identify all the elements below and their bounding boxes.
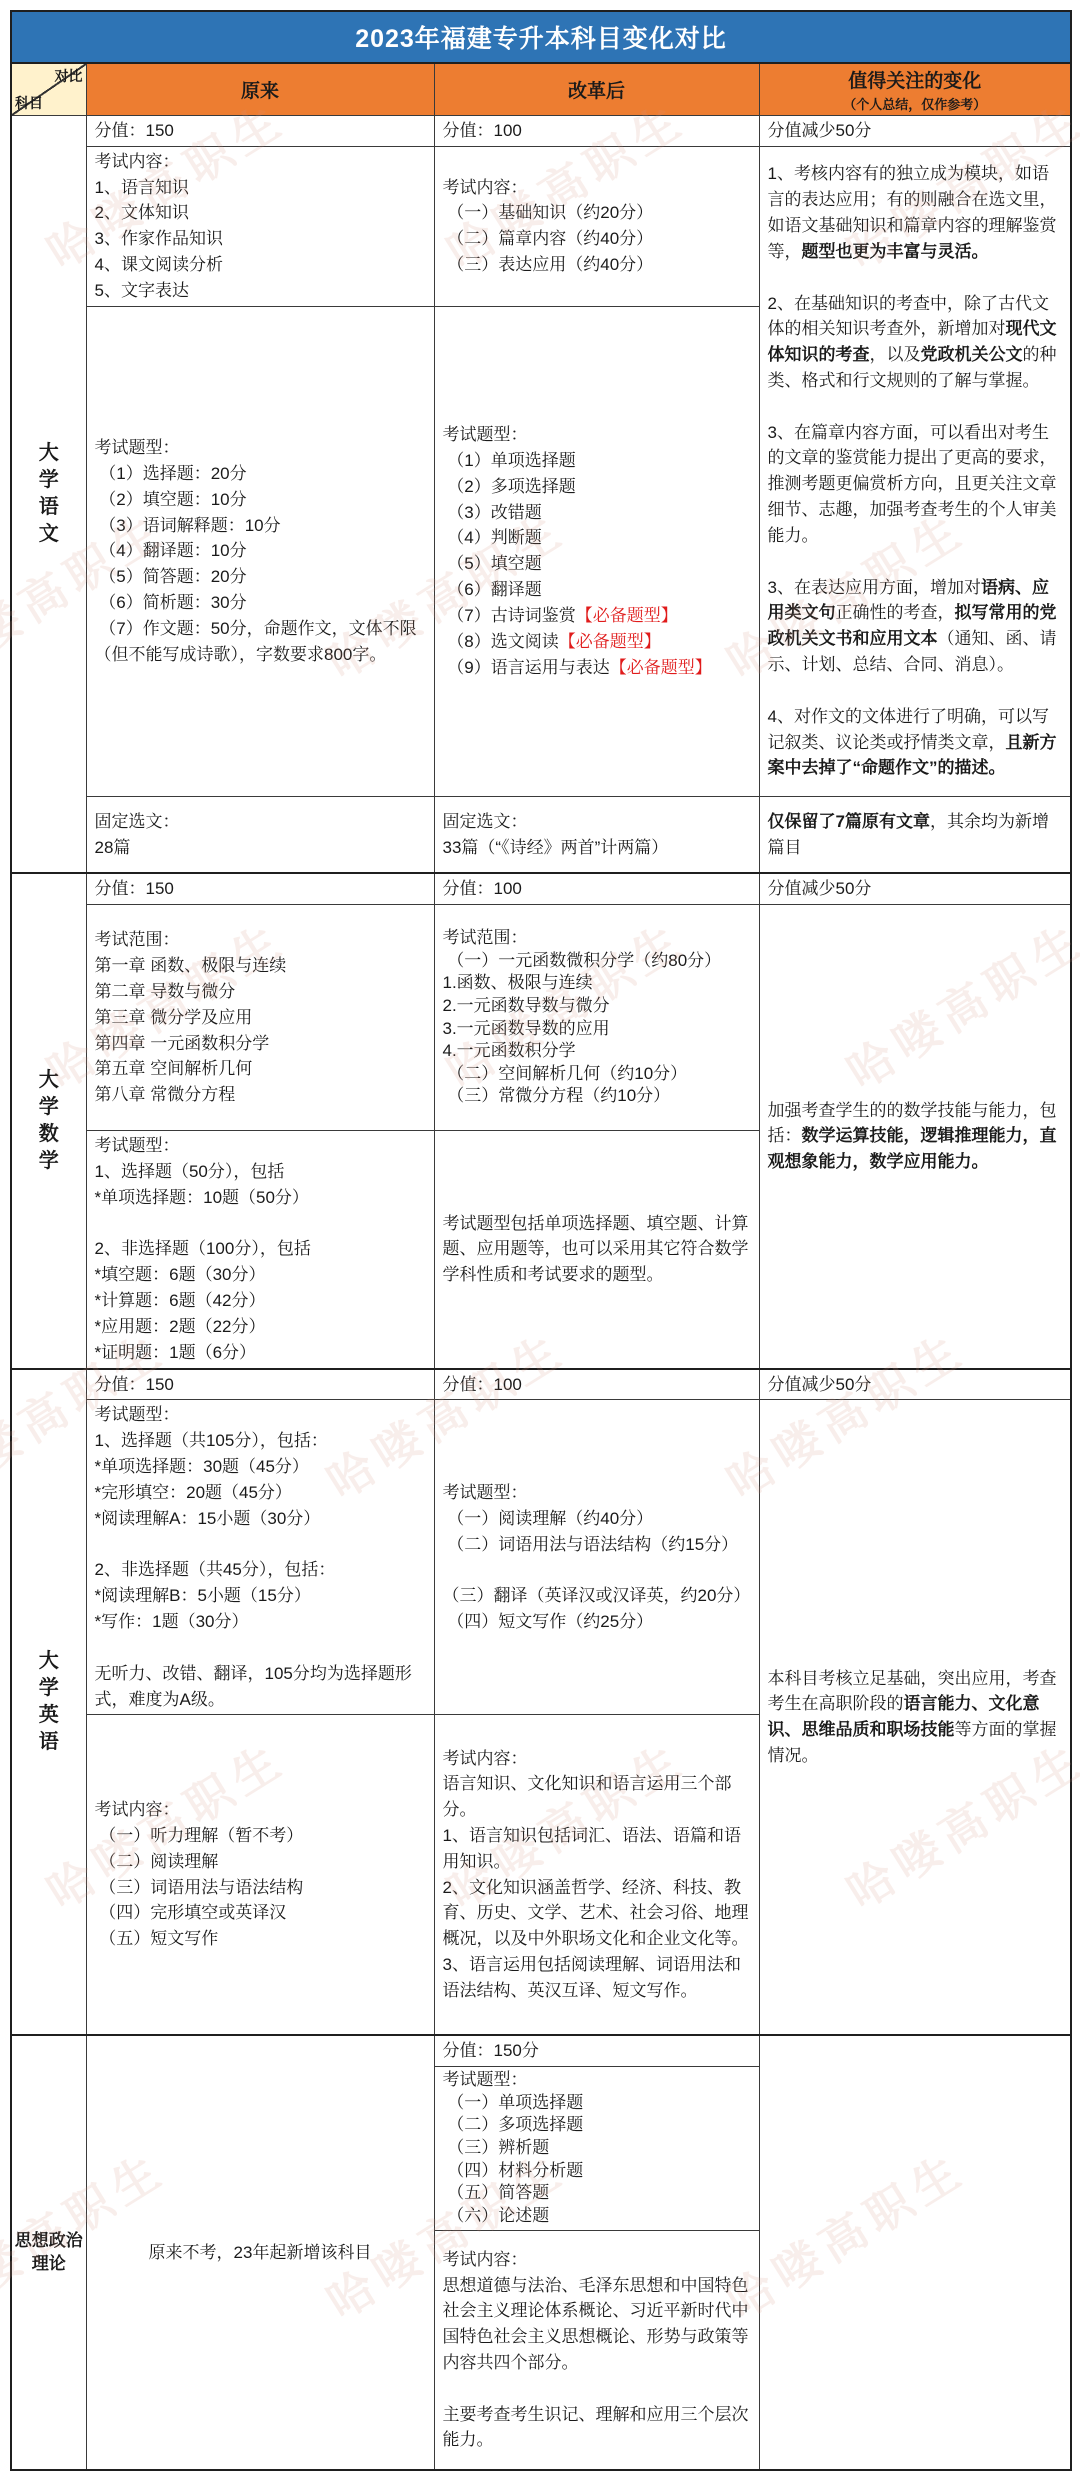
comparison-table: 2023年福建专升本科目变化对比 对比 科目 原来 改革后 值得关注的变化 （个… bbox=[10, 10, 1072, 2471]
cell-politics-note-empty bbox=[759, 2035, 1071, 2470]
cell-chinese-original-types: 考试题型： （1）选择题：20分 （2）填空题：10分 （3）语词解释题：10分… bbox=[86, 306, 434, 796]
title-row: 2023年福建专升本科目变化对比 bbox=[11, 11, 1071, 63]
cell-chinese-note-main: 1、考核内容有的独立成为模块，如语言的表达应用；有的则融合在选文里，如语文基础知… bbox=[759, 146, 1071, 796]
cell-english-reformed-score: 分值：100 bbox=[434, 1369, 759, 1400]
corner-header-cell: 对比 科目 bbox=[11, 63, 86, 116]
cell-english-original-score: 分值：150 bbox=[86, 1369, 434, 1400]
notes-header-title: 值得关注的变化 bbox=[762, 66, 1069, 93]
cell-chinese-note-score: 分值减少50分 bbox=[759, 116, 1071, 147]
subject-cell-chinese: 大学语文 bbox=[11, 116, 86, 874]
corner-label-compare: 对比 bbox=[55, 66, 83, 86]
cell-math-note-main: 加强考查学生的的数学技能与能力，包括：数学运算技能，逻辑推理能力，直观想象能力，… bbox=[759, 905, 1071, 1369]
cell-english-reformed-content: 考试内容：语言知识、文化知识和语言运用三个部分。1、语言知识包括词汇、语法、语篇… bbox=[434, 1715, 759, 2035]
cell-chinese-reformed-fixed-texts: 固定选文：33篇（“《诗经》两首”计两篇） bbox=[434, 796, 759, 873]
column-header-reformed: 改革后 bbox=[434, 63, 759, 116]
cell-math-note-score: 分值减少50分 bbox=[759, 873, 1071, 904]
cell-chinese-original-score: 分值：150 bbox=[86, 116, 434, 147]
subject-label-english: 大学英语 bbox=[38, 1648, 59, 1756]
subject-cell-math: 大学数学 bbox=[11, 873, 86, 1368]
page: 2023年福建专升本科目变化对比 对比 科目 原来 改革后 值得关注的变化 （个… bbox=[0, 0, 1080, 2481]
cell-math-original-range: 考试范围：第一章 函数、极限与连续第二章 导数与微分第三章 微分学及应用第四章 … bbox=[86, 905, 434, 1131]
column-header-original: 原来 bbox=[86, 63, 434, 116]
cell-math-reformed-score: 分值：100 bbox=[434, 873, 759, 904]
cell-politics-reformed-score: 分值：150分 bbox=[434, 2035, 759, 2066]
subject-label-math: 大学数学 bbox=[38, 1067, 59, 1175]
subject-label-chinese: 大学语文 bbox=[38, 440, 59, 548]
cell-math-original-types: 考试题型：1、选择题（50分），包括*单项选择题：10题（50分） 2、非选择题… bbox=[86, 1131, 434, 1369]
cell-politics-reformed-types: 考试题型： （一）单项选择题 （二）多项选择题 （三）辨析题 （四）材料分析题 … bbox=[434, 2066, 759, 2230]
cell-english-note-main: 本科目考核立足基础，突出应用，考查考生在高职阶段的语言能力、文化意识、思维品质和… bbox=[759, 1400, 1071, 2035]
cell-chinese-original-fixed-texts: 固定选文：28篇 bbox=[86, 796, 434, 873]
cell-math-reformed-range: 考试范围： （一）一元函数微积分学（约80分）1.函数、极限与连续2.一元函数导… bbox=[434, 905, 759, 1131]
cell-english-original-types: 考试题型：1、选择题（共105分），包括：*单项选择题：30题（45分）*完形填… bbox=[86, 1400, 434, 1715]
cell-math-reformed-types: 考试题型包括单项选择题、填空题、计算题、应用题等，也可以采用其它符合数学学科性质… bbox=[434, 1131, 759, 1369]
subject-label-politics: 思想政治理论 bbox=[15, 2230, 83, 2276]
cell-math-original-score: 分值：150 bbox=[86, 873, 434, 904]
cell-english-note-score: 分值减少50分 bbox=[759, 1369, 1071, 1400]
subject-cell-politics: 思想政治理论 bbox=[11, 2035, 86, 2470]
page-title: 2023年福建专升本科目变化对比 bbox=[11, 11, 1071, 63]
cell-english-original-content: 考试内容： （一）听力理解（暂不考） （二）阅读理解 （三）词语用法与语法结构 … bbox=[86, 1715, 434, 2035]
notes-header-subtitle: （个人总结，仅作参考） bbox=[762, 94, 1069, 113]
corner-label-subject: 科目 bbox=[15, 93, 43, 113]
cell-chinese-reformed-score: 分值：100 bbox=[434, 116, 759, 147]
column-header-notes: 值得关注的变化 （个人总结，仅作参考） bbox=[759, 63, 1071, 116]
cell-english-reformed-types: 考试题型： （一）阅读理解（约40分） （二）词语用法与语法结构（约15分） （… bbox=[434, 1400, 759, 1715]
cell-politics-reformed-content: 考试内容：思想道德与法治、毛泽东思想和中国特色社会主义理论体系概论、习近平新时代… bbox=[434, 2230, 759, 2470]
header-row: 对比 科目 原来 改革后 值得关注的变化 （个人总结，仅作参考） bbox=[11, 63, 1071, 116]
cell-chinese-original-content: 考试内容：1、语言知识2、文体知识3、作家作品知识4、课文阅读分析5、文字表达 bbox=[86, 146, 434, 306]
cell-chinese-reformed-content: 考试内容： （一）基础知识（约20分） （二）篇章内容（约40分） （三）表达应… bbox=[434, 146, 759, 306]
cell-politics-original-note: 原来不考，23年起新增该科目 bbox=[86, 2035, 434, 2470]
cell-chinese-reformed-types: 考试题型： （1）单项选择题 （2）多项选择题 （3）改错题 （4）判断题 （5… bbox=[434, 306, 759, 796]
cell-chinese-note-fixed-texts: 仅保留了7篇原有文章，其余均为新增篇目 bbox=[759, 796, 1071, 873]
subject-cell-english: 大学英语 bbox=[11, 1369, 86, 2035]
